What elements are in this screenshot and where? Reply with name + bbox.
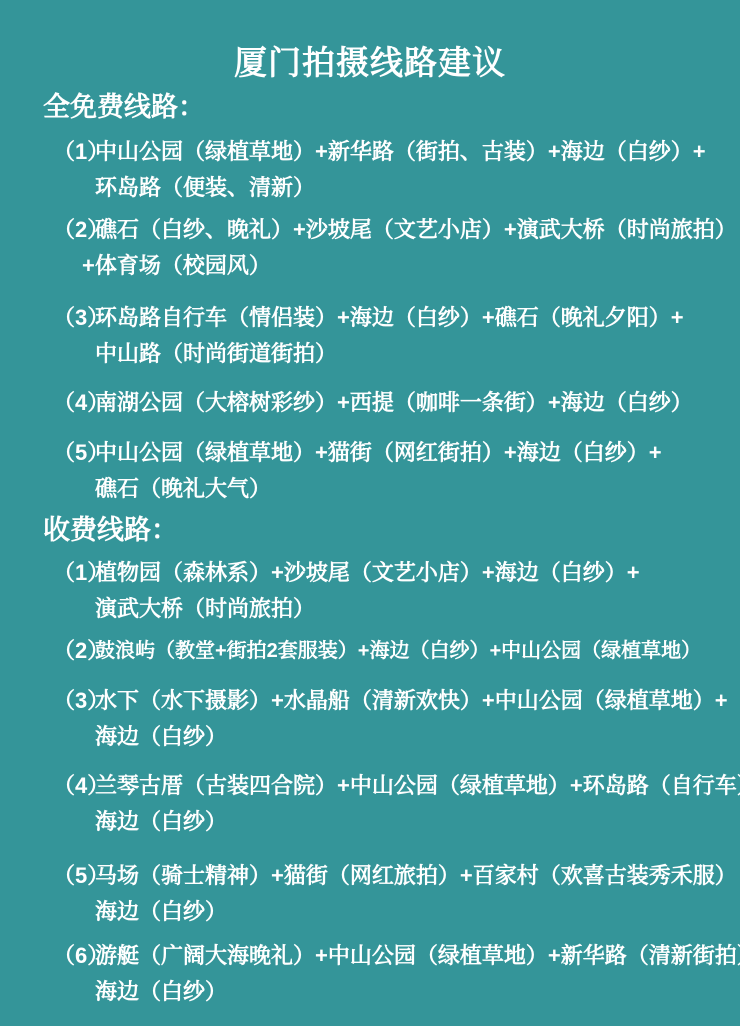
route-item: （4） 兰琴古厝（古装四合院）+中山公园（绿植草地）+环岛路（自行车） 海边（白… bbox=[0, 768, 740, 840]
route-line: 游艇（广阔大海晚礼）+中山公园（绿植草地）+新华路（清新街拍） bbox=[95, 938, 736, 974]
route-line: 海边（白纱） bbox=[95, 804, 736, 840]
route-item: （1） 植物园（森林系）+沙坡尾（文艺小店）+海边（白纱）+ 演武大桥（时尚旅拍… bbox=[0, 555, 740, 627]
route-line: 海边（白纱） bbox=[95, 894, 736, 930]
route-number: （4） bbox=[53, 385, 109, 421]
route-number: （1） bbox=[53, 555, 109, 591]
route-line: 南湖公园（大榕树彩纱）+西提（咖啡一条街）+海边（白纱） bbox=[95, 385, 736, 421]
route-line: 海边（白纱） bbox=[95, 974, 736, 1010]
route-line: 环岛路（便装、清新） bbox=[95, 170, 736, 206]
route-line: 演武大桥（时尚旅拍） bbox=[95, 591, 736, 627]
route-line: 礁石（白纱、晚礼）+沙坡尾（文艺小店）+演武大桥（时尚旅拍） bbox=[95, 212, 736, 248]
route-line: 植物园（森林系）+沙坡尾（文艺小店）+海边（白纱）+ bbox=[95, 555, 736, 591]
route-line: 礁石（晚礼大气） bbox=[95, 471, 736, 507]
route-number: （3） bbox=[53, 683, 109, 719]
route-item: （2） 鼓浪屿（教堂+街拍2套服装）+海边（白纱）+中山公园（绿植草地） bbox=[0, 633, 740, 669]
route-number: （4） bbox=[53, 768, 109, 804]
route-item: （3） 水下（水下摄影）+水晶船（清新欢快）+中山公园（绿植草地）+ 海边（白纱… bbox=[0, 683, 740, 755]
route-item: （2） 礁石（白纱、晚礼）+沙坡尾（文艺小店）+演武大桥（时尚旅拍） +体育场（… bbox=[0, 212, 740, 284]
route-line: 水下（水下摄影）+水晶船（清新欢快）+中山公园（绿植草地）+ bbox=[95, 683, 736, 719]
route-number: （5） bbox=[53, 858, 109, 894]
route-number: （2） bbox=[53, 633, 109, 669]
route-item: （1） 中山公园（绿植草地）+新华路（街拍、古装）+海边（白纱）+ 环岛路（便装… bbox=[0, 134, 740, 206]
route-line: 鼓浪屿（教堂+街拍2套服装）+海边（白纱）+中山公园（绿植草地） bbox=[95, 633, 736, 669]
route-line: 中山路（时尚街道街拍） bbox=[95, 336, 736, 372]
route-line: 中山公园（绿植草地）+新华路（街拍、古装）+海边（白纱）+ bbox=[95, 134, 736, 170]
route-line: 海边（白纱） bbox=[95, 719, 736, 755]
route-number: （2） bbox=[53, 212, 109, 248]
route-line: 环岛路自行车（情侣装）+海边（白纱）+礁石（晚礼夕阳）+ bbox=[95, 300, 736, 336]
route-item: （5） 中山公园（绿植草地）+猫街（网红街拍）+海边（白纱）+ 礁石（晚礼大气） bbox=[0, 435, 740, 507]
document-page: 厦门拍摄线路建议 全免费线路： （1） 中山公园（绿植草地）+新华路（街拍、古装… bbox=[0, 0, 740, 1026]
route-line: 兰琴古厝（古装四合院）+中山公园（绿植草地）+环岛路（自行车） bbox=[95, 768, 736, 804]
section-heading-free: 全免费线路： bbox=[43, 91, 740, 123]
route-item: （4） 南湖公园（大榕树彩纱）+西提（咖啡一条街）+海边（白纱） bbox=[0, 385, 740, 421]
route-number: （3） bbox=[53, 300, 109, 336]
route-item: （5） 马场（骑士精神）+猫街（网红旅拍）+百家村（欢喜古装秀禾服） 海边（白纱… bbox=[0, 858, 740, 930]
page-title: 厦门拍摄线路建议 bbox=[0, 45, 740, 81]
route-number: （6） bbox=[53, 938, 109, 974]
route-item: （3） 环岛路自行车（情侣装）+海边（白纱）+礁石（晚礼夕阳）+ 中山路（时尚街… bbox=[0, 300, 740, 372]
route-number: （5） bbox=[53, 435, 109, 471]
section-heading-paid: 收费线路： bbox=[43, 514, 740, 546]
route-number: （1） bbox=[53, 134, 109, 170]
route-line: 马场（骑士精神）+猫街（网红旅拍）+百家村（欢喜古装秀禾服） bbox=[95, 858, 736, 894]
route-line: 中山公园（绿植草地）+猫街（网红街拍）+海边（白纱）+ bbox=[95, 435, 736, 471]
route-item: （6） 游艇（广阔大海晚礼）+中山公园（绿植草地）+新华路（清新街拍） 海边（白… bbox=[0, 938, 740, 1010]
route-line: +体育场（校园风） bbox=[82, 248, 736, 284]
